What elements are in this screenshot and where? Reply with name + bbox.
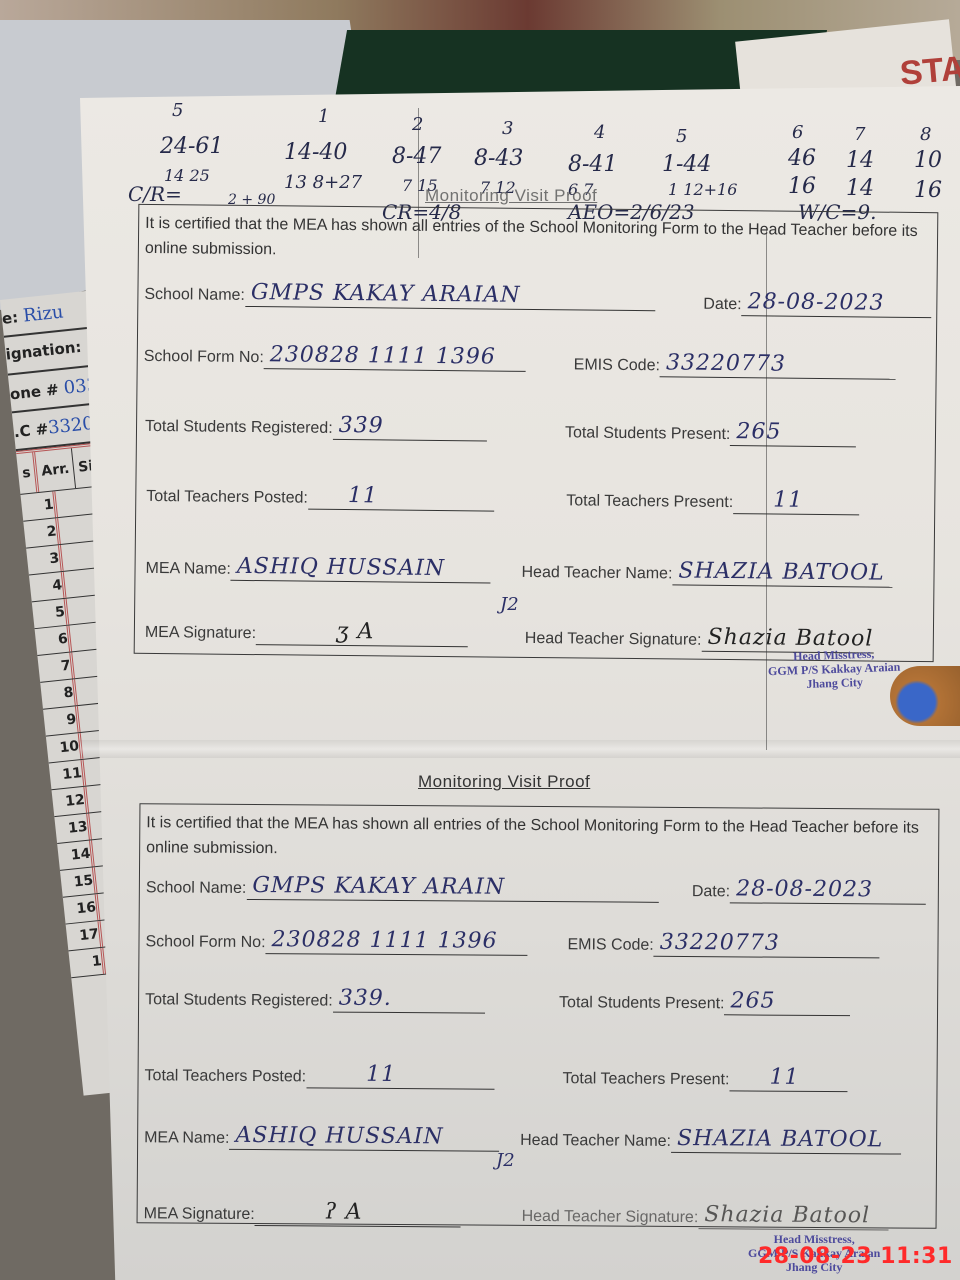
emis-code-value: 33220773 [660, 350, 896, 379]
teachers-posted-field: Total Teachers Posted: 11 [144, 1060, 494, 1089]
mea-name-value: ASHIQ HUSSAIN [231, 554, 491, 584]
monitoring-visit-proof-form-2: It is certified that the MEA has shown a… [137, 803, 940, 1229]
certification-text: It is certified that the MEA has shown a… [146, 810, 936, 866]
students-present-value: 265 [730, 419, 856, 447]
school-name-value: GMPS KAKAY ARAIN [246, 873, 658, 903]
students-present-field: Total Students Present: 265 [565, 417, 857, 447]
students-registered-field: Total Students Registered: 339. [145, 984, 485, 1013]
date-value: 28-08-2023 [730, 876, 926, 904]
teachers-present-value: 11 [733, 487, 859, 515]
mea-signature-field: MEA Signature: ʒ A [145, 617, 468, 647]
students-present-value: 265 [724, 988, 850, 1016]
mea-initial-mark: J2 [496, 1150, 515, 1171]
students-registered-field: Total Students Registered: 339 [145, 411, 487, 442]
monitoring-visit-proof-form-1: It is certified that the MEA has shown a… [134, 204, 939, 662]
teachers-present-field: Total Teachers Present: 11 [566, 485, 859, 515]
date-value: 28-08-2023 [741, 289, 931, 318]
date-field: Date: 28-08-2023 [692, 876, 926, 905]
paper-fold [80, 740, 960, 758]
school-name-field: School Name: GMPS KAKAY ARAIN [146, 872, 659, 903]
school-form-no-field: School Form No: 230828 1111 1396 [144, 341, 526, 372]
school-form-no-field: School Form No: 230828 1111 1396 [145, 926, 527, 956]
school-name-value: GMPS KAKAY ARAIAN [245, 280, 655, 311]
emis-code-value: 33220773 [654, 930, 880, 959]
finger-tip [890, 666, 960, 726]
mea-name-field: MEA Name: ASHIQ HUSSAIN [145, 553, 491, 584]
head-teacher-name-field: Head Teacher Name: SHAZIA BATOOL [520, 1125, 901, 1155]
school-form-no-value: 230828 1111 1396 [265, 927, 527, 956]
head-teacher-name-field: Head Teacher Name: SHAZIA BATOOL [521, 557, 892, 588]
emis-code-field: EMIS Code: 33220773 [574, 349, 897, 379]
head-misstress-stamp: Head Misstress, GGM P/S Kakkay Araian Jh… [767, 646, 901, 693]
photo-timestamp: 28-08-23 11:31 [758, 1244, 953, 1269]
school-name-field: School Name: GMPS KAKAY ARAIAN [144, 279, 655, 311]
form-2-title: Monitoring Visit Proof [418, 772, 590, 792]
date-field: Date: 28-08-2023 [703, 289, 932, 318]
students-registered-value: 339 [333, 413, 487, 442]
students-present-field: Total Students Present: 265 [559, 987, 851, 1016]
mea-name-value: ASHIQ HUSSAIN [229, 1123, 499, 1152]
head-teacher-signature: Shazia Batool [698, 1202, 888, 1230]
school-form-no-value: 230828 1111 1396 [264, 342, 526, 372]
teachers-posted-value: 11 [308, 483, 494, 512]
form-1-title: Monitoring Visit Proof [425, 186, 597, 206]
mea-initial-mark: J2 [500, 594, 519, 615]
head-teacher-name-value: SHAZIA BATOOL [671, 1126, 901, 1155]
head-teacher-name-value: SHAZIA BATOOL [672, 558, 892, 587]
students-registered-value: 339. [333, 986, 485, 1014]
teachers-posted-value: 11 [306, 1061, 494, 1089]
teachers-present-field: Total Teachers Present: 11 [562, 1063, 847, 1092]
mea-signature: ʒ A [256, 618, 468, 647]
teachers-posted-field: Total Teachers Posted: 11 [146, 481, 494, 512]
certification-text: It is certified that the MEA has shown a… [145, 211, 935, 269]
mea-name-field: MEA Name: ASHIQ HUSSAIN [144, 1122, 500, 1151]
mea-signature: ʔ A [255, 1199, 461, 1227]
mea-signature-field: MEA Signature: ʔ A [144, 1198, 461, 1227]
teachers-present-value: 11 [729, 1064, 847, 1092]
emis-code-field: EMIS Code: 33220773 [567, 929, 879, 958]
head-teacher-signature-field: Head Teacher Signature: Shazia Batool [522, 1201, 889, 1231]
